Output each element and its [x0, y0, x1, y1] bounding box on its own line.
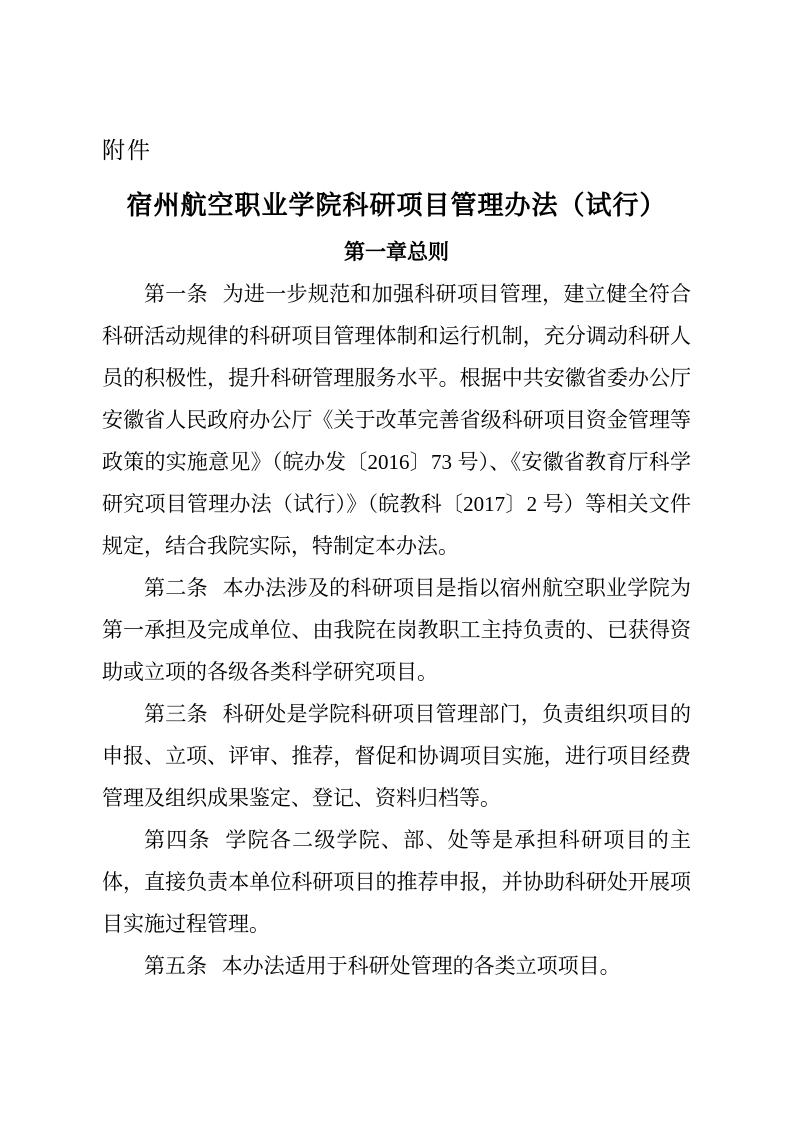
article-number: 第四条 — [144, 828, 211, 852]
article-text: 为进一步规范和加强科研项目管理，建立健全符合科研活动规律的科研项目管理体制和运行… — [102, 282, 691, 558]
attachment-label: 附件 — [102, 0, 691, 166]
article-number: 第三条 — [144, 702, 208, 726]
article-paragraph: 第三条科研处是学院科研项目管理部门，负责组织项目的申报、立项、评审、推荐，督促和… — [102, 693, 691, 819]
article-paragraph: 第五条本办法适用于科研处管理的各类立项项目。 — [102, 945, 691, 987]
article-number: 第二条 — [144, 576, 208, 600]
document-title: 宿州航空职业学院科研项目管理办法（试行） — [102, 188, 691, 222]
article-paragraph: 第四条学院各二级学院、部、处等是承担科研项目的主体，直接负责本单位科研项目的推荐… — [102, 819, 691, 945]
article-paragraph: 第二条本办法涉及的科研项目是指以宿州航空职业学院为第一承担及完成单位、由我院在岗… — [102, 567, 691, 693]
article-number: 第五条 — [144, 954, 207, 978]
document-body: 第一条为进一步规范和加强科研项目管理，建立健全符合科研活动规律的科研项目管理体制… — [102, 273, 691, 987]
article-text: 本办法适用于科研处管理的各类立项项目。 — [222, 954, 621, 978]
document-page: 附件 宿州航空职业学院科研项目管理办法（试行） 第一章总则 第一条为进一步规范和… — [0, 0, 793, 1122]
document-content: 附件 宿州航空职业学院科研项目管理办法（试行） 第一章总则 第一条为进一步规范和… — [0, 0, 793, 987]
chapter-heading: 第一章总则 — [102, 239, 691, 267]
article-paragraph: 第一条为进一步规范和加强科研项目管理，建立健全符合科研活动规律的科研项目管理体制… — [102, 273, 691, 567]
article-number: 第一条 — [144, 282, 208, 306]
